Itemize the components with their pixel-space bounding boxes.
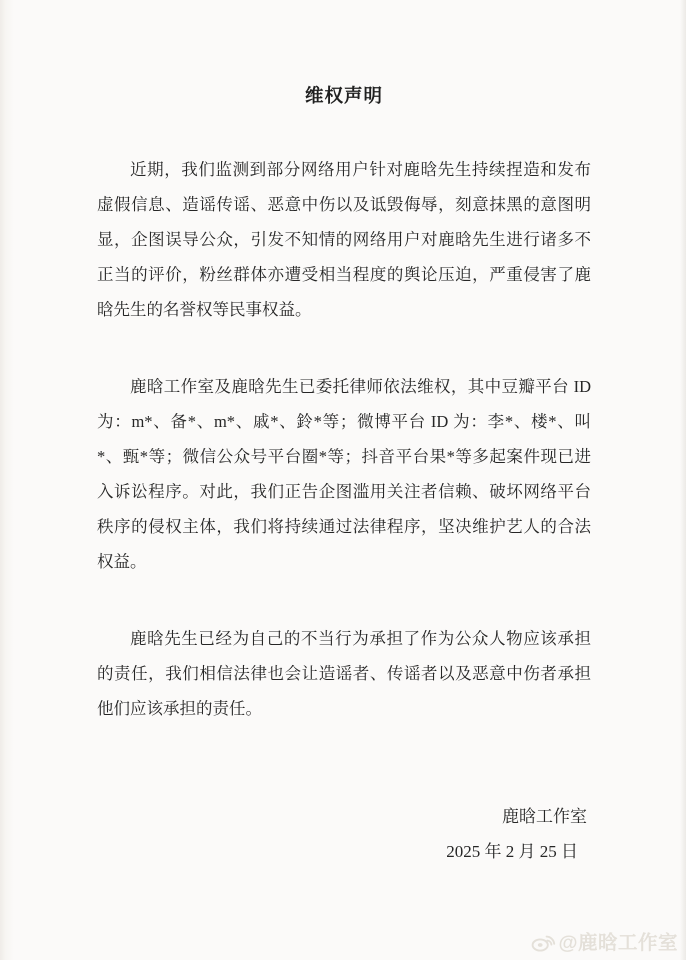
document-title: 维权声明 [97, 87, 591, 107]
statement-paragraph-2: 鹿晗工作室及鹿晗先生已委托律师依法维权，其中豆瓣平台 ID 为：m*、备*、m*… [97, 369, 591, 579]
statement-paragraph-3: 鹿晗先生已经为自己的不当行为承担了作为公众人物应该承担的责任，我们相信法律也会让… [97, 621, 591, 726]
signature-date: 2025 年 2 月 25 日 [97, 834, 591, 869]
statement-document-page: 维权声明 近期，我们监测到部分网络用户针对鹿晗先生持续捏造和发布虚假信息、造谣传… [0, 0, 686, 960]
weibo-watermark-handle: @鹿晗工作室 [558, 927, 678, 955]
document-body: 维权声明 近期，我们监测到部分网络用户针对鹿晗先生持续捏造和发布虚假信息、造谣传… [97, 0, 591, 869]
signature-block: 鹿晗工作室 2025 年 2 月 25 日 [97, 799, 591, 869]
weibo-watermark: @鹿晗工作室 [530, 927, 678, 955]
weibo-logo-icon [530, 929, 556, 953]
statement-paragraph-1: 近期，我们监测到部分网络用户针对鹿晗先生持续捏造和发布虚假信息、造谣传谣、恶意中… [97, 152, 591, 327]
signature-studio-name: 鹿晗工作室 [97, 799, 591, 834]
